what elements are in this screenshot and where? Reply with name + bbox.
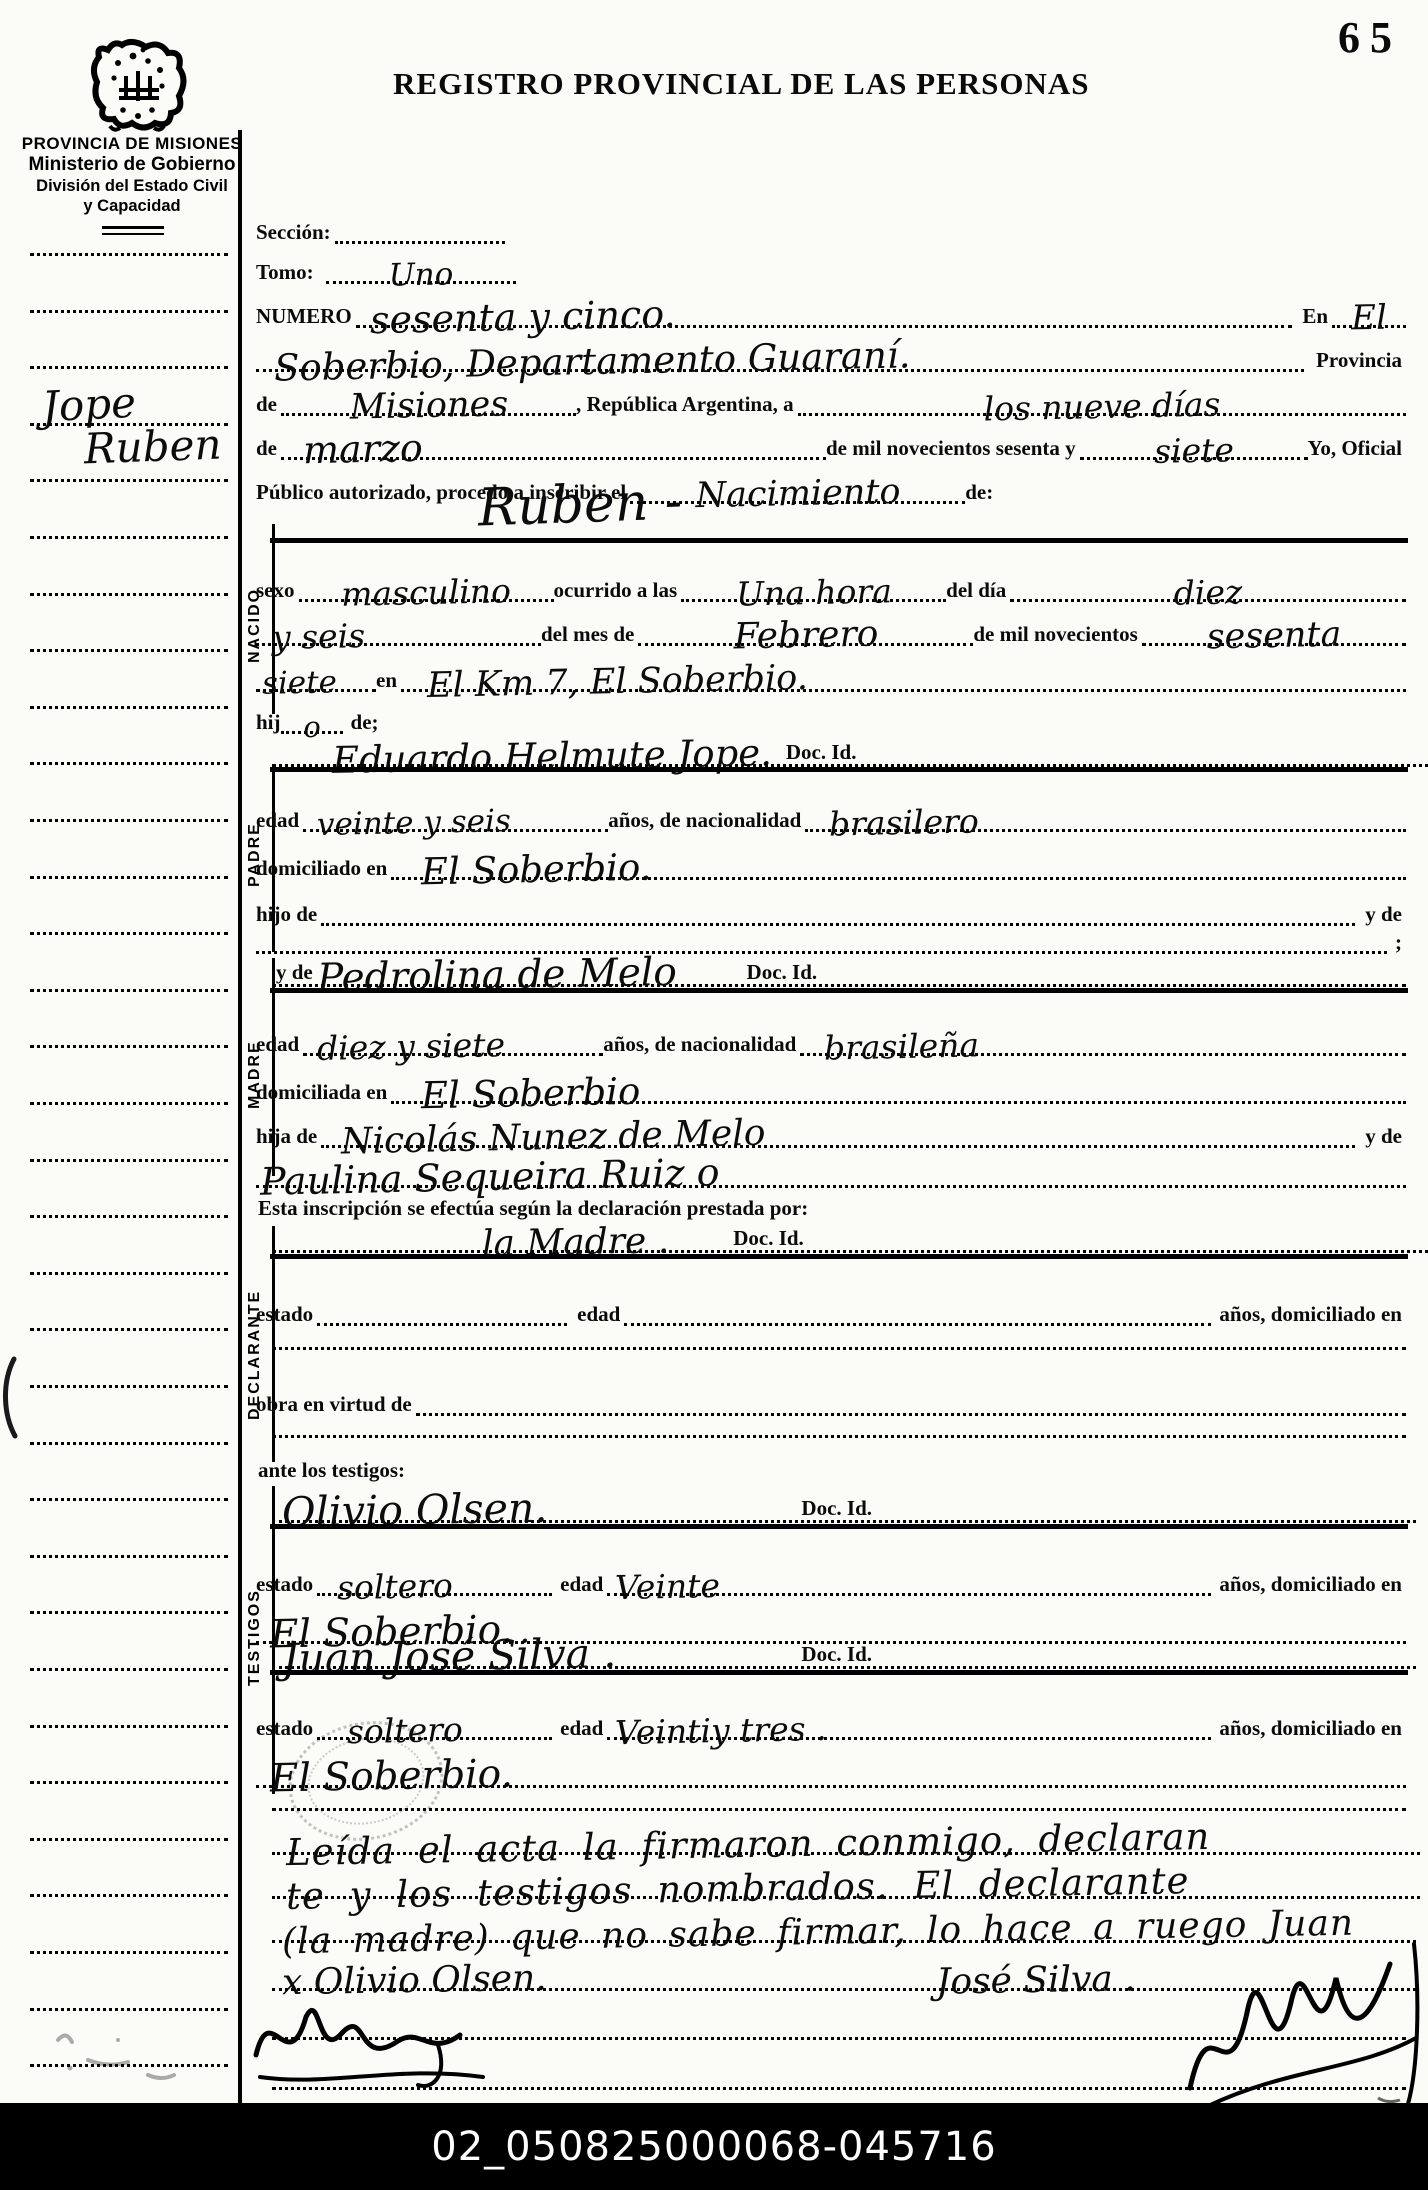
- testigo1-edad-field: Veinte: [607, 1593, 1211, 1596]
- de-label: de: [256, 393, 281, 416]
- margin-dotted-line: [30, 536, 228, 539]
- testigo2-anios-label: años, domiciliado en: [1219, 1717, 1406, 1740]
- margin-dotted-line: [30, 1442, 228, 1445]
- margin-dotted-line: [30, 706, 228, 709]
- margin-dotted-line: [30, 1555, 228, 1558]
- margin-dotted-line: [30, 423, 228, 426]
- rule-under-nombre: [270, 538, 1408, 543]
- madre-yde-label: y de: [272, 961, 317, 984]
- pencil-mark-bottom-left: [48, 2020, 198, 2090]
- margin-dotted-line: [30, 1611, 228, 1614]
- lugar-nac-row: siete en El Km 7, El Soberbio.: [256, 646, 1406, 692]
- dotted-rule: [272, 1391, 1406, 1438]
- dia2-row: y seis del mes de Febrero de mil novecie…: [256, 602, 1406, 646]
- padre-edad-field: veinte y seis: [303, 829, 608, 832]
- testigo1-estado-field: soltero: [317, 1593, 552, 1596]
- padre-dom-row: domiciliado en El Soberbio.: [256, 834, 1406, 880]
- madre-nac-label: años, de nacionalidad: [603, 1033, 800, 1056]
- margin-dotted-line: [30, 310, 228, 313]
- rule-under-padre: [270, 767, 1408, 772]
- footer-code-bar: 02_050825000068-045716: [0, 2103, 1428, 2190]
- testigo1-anios-label: años, domiciliado en: [1219, 1573, 1406, 1596]
- margin-dotted-line: [30, 479, 228, 482]
- testigo2-nombre-row: Juan José Silva . Doc. Id.: [272, 1624, 1416, 1669]
- madre-doc-label: Doc. Id.: [747, 961, 822, 984]
- inscribir-row: Público autorizado, procedo a inscribir …: [256, 460, 1406, 504]
- rule-under-testigo1: [270, 1524, 1408, 1529]
- de3-label: de:: [965, 481, 997, 504]
- provincia-row: de Misiones , República Argentina, a los…: [256, 372, 1406, 416]
- margin-surname: Jope: [41, 384, 137, 427]
- testigo2-edad-field: Veintiy tres .: [607, 1737, 1211, 1740]
- madre-dom-row: domiciliada en El Soberbio: [256, 1058, 1406, 1104]
- sexo-row: sexo masculino ocurrido a las Una hora d…: [256, 556, 1406, 602]
- page-number: 65: [1338, 12, 1402, 63]
- rule-under-declarante: [270, 1254, 1408, 1259]
- letterhead-rule: [102, 226, 164, 235]
- madre-nac-field: brasileña: [800, 1053, 1406, 1056]
- sexo-label: sexo: [256, 579, 299, 602]
- padre-nombre-row: Eduardo Helmute Jope. Doc. Id.: [272, 722, 1428, 767]
- padre-doc-label: Doc. Id.: [786, 741, 861, 764]
- margin-dotted-line: [30, 1045, 228, 1048]
- margin-dotted-line: [30, 1951, 228, 1954]
- testigo1-estado-row: estado soltero edad Veinte años, domicil…: [256, 1552, 1406, 1596]
- margin-dotted-line: [30, 1102, 228, 1105]
- margin-dotted-line: [30, 1215, 228, 1218]
- signature-official: [1178, 1938, 1423, 2110]
- margin-dotted-line: [30, 2064, 228, 2067]
- letterhead-ministry: Ministerio de Gobierno: [6, 154, 258, 176]
- margin-dotted-line: [30, 1838, 228, 1841]
- acto-value: Nacimiento: [695, 476, 901, 512]
- margin-dotted-line: [30, 1894, 228, 1897]
- oficial-label: Yo, Oficial: [1308, 437, 1407, 460]
- declarante-nombre-row: la Madre . Doc. Id.: [272, 1208, 1428, 1253]
- padre-nac-field: brasilero: [805, 829, 1406, 832]
- letterhead-division: División del Estado Civil: [6, 177, 258, 196]
- provincia-label: Provincia: [1316, 349, 1406, 372]
- en-label: En: [1302, 305, 1332, 328]
- republica-label: , República Argentina, a: [576, 393, 798, 416]
- page-title: REGISTRO PROVINCIAL DE LAS PERSONAS: [393, 66, 1089, 102]
- margin-dotted-line: [30, 366, 228, 369]
- madre-edad-field: diez y siete: [303, 1053, 603, 1056]
- margin-dotted-line: [30, 1781, 228, 1784]
- margin-given-name: Ruben: [83, 426, 222, 469]
- margin-dotted-line: [30, 649, 228, 652]
- seccion-row: Sección:: [256, 200, 1406, 244]
- testigo1-doc-label: Doc. Id.: [801, 1497, 876, 1520]
- margin-dotted-line: [30, 762, 228, 765]
- margin-dotted-line: [30, 1159, 228, 1162]
- margin-dotted-line: [30, 253, 228, 256]
- margin-dotted-line: [30, 1272, 228, 1275]
- madre-edad-row: edad diez y siete años, de nacionalidad …: [256, 1012, 1406, 1056]
- de2-label: de: [256, 437, 281, 460]
- numero-row: NUMERO sesenta y cinco. En El: [256, 280, 1406, 328]
- numero-label: NUMERO: [256, 305, 356, 328]
- cierre-linea2-row: te y los testigos nombrados. El declaran…: [272, 1852, 1420, 1899]
- letterhead-division2: y Capacidad: [6, 197, 258, 216]
- nombre-inscripto: Ruben -: [477, 478, 683, 532]
- madre-abuela-field: Paulina Sequeira Ruiz o: [256, 1185, 1406, 1188]
- madre-yde2-label: y de: [1365, 1125, 1406, 1148]
- madre-dom-label: domiciliada en: [256, 1081, 391, 1104]
- dotted-rule: [272, 1303, 1406, 1350]
- margin-dotted-line: [30, 593, 228, 596]
- madre-edad-label: edad: [256, 1033, 303, 1056]
- declaracion-doc-label: Doc. Id.: [733, 1227, 808, 1250]
- cierre-linea3-row: (la madre) que no sabe firmar, lo hace a…: [272, 1896, 1416, 1943]
- dotted-rule: [272, 1764, 1406, 1811]
- millar-label: de mil novecientos sesenta y: [826, 437, 1080, 460]
- margin-dotted-line: [30, 1498, 228, 1501]
- mes-nac-label: del mes de: [541, 623, 638, 646]
- rule-under-testigo2: [270, 1670, 1408, 1675]
- testigo1-nombre-row: Olivio Olsen. Doc. Id.: [272, 1478, 1416, 1523]
- testigo2-estado-label: estado: [256, 1717, 317, 1740]
- testigo2-estado-row: estado soltero edad Veintiy tres . años,…: [256, 1696, 1406, 1740]
- testigo2-doc-label: Doc. Id.: [801, 1643, 876, 1666]
- margin-dotted-line: [30, 989, 228, 992]
- lugar-nac-field: El Km 7, El Soberbio.: [401, 689, 1406, 692]
- pencil-mark-left-edge: [0, 1356, 20, 1440]
- margin-dotted-line: [30, 1385, 228, 1388]
- provincial-seal-icon: [88, 38, 190, 134]
- margin-dotted-line: [30, 2008, 228, 2011]
- madre-abuela-value: Paulina Sequeira Ruiz o: [260, 1155, 720, 1199]
- madre-nombre-row: y de Pedrolina de Melo Doc. Id.: [272, 938, 1406, 987]
- margin-dotted-line: [30, 932, 228, 935]
- anio-nac-label: de mil novecientos: [973, 623, 1141, 646]
- madre-hija-label: hija de: [256, 1125, 321, 1148]
- testigo2-edad-label: edad: [560, 1717, 607, 1740]
- lugar-row: Soberbio, Departamento Guaraní. Provinci…: [256, 326, 1406, 372]
- rule-under-madre: [270, 988, 1408, 993]
- padre-dom-field: El Soberbio.: [391, 877, 1406, 880]
- padre-edad-label: edad: [256, 809, 303, 832]
- testigo1-estado-label: estado: [256, 1573, 317, 1596]
- padre-nac-label: años, de nacionalidad: [608, 809, 805, 832]
- margin-dotted-line: [30, 1328, 228, 1331]
- footer-code: 02_050825000068-045716: [431, 2124, 996, 2170]
- letterhead-province: PROVINCIA DE MISIONES: [6, 134, 258, 154]
- margin-dotted-line: [30, 1668, 228, 1671]
- cierre-linea1-row: Leída el acta la firmaron conmigo, decla…: [272, 1808, 1420, 1855]
- tomo-row: Tomo: Uno: [256, 240, 1406, 284]
- hora-label: ocurrido a las: [554, 579, 682, 602]
- dia-label: del día: [946, 579, 1010, 602]
- margin-dotted-line: [30, 876, 228, 879]
- margin-dotted-line: [30, 1725, 228, 1728]
- testigo1-edad-label: edad: [560, 1573, 607, 1596]
- madre-abuela-row: Paulina Sequeira Ruiz o: [256, 1148, 1406, 1188]
- fecha-row: de marzo de mil novecientos sesenta y si…: [256, 416, 1406, 460]
- margin-dotted-line: [30, 819, 228, 822]
- madre-hija-row: hija de Nicolás Nunez de Melo y de: [256, 1104, 1406, 1148]
- signature-witness: [248, 1985, 548, 2095]
- padre-dom-label: domiciliado en: [256, 857, 391, 880]
- padre-edad-row: edad veinte y seis años, de nacionalidad…: [256, 788, 1406, 832]
- scanned-birth-record-page: 65 REGISTRO PROVINCIAL DE LAS PERSONAS P…: [0, 0, 1428, 2190]
- en-nac-label: en: [376, 669, 401, 692]
